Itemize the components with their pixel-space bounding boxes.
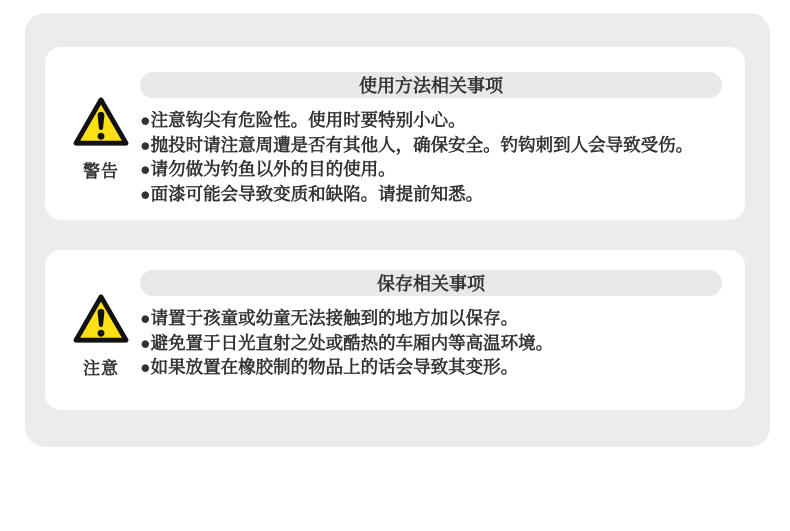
warning-icon-block: 警告 <box>63 96 139 182</box>
storage-section-header-text: 保存相关事项 <box>377 270 485 296</box>
usage-section-header: 使用方法相关事项 <box>140 72 722 98</box>
usage-section-card: 警告 使用方法相关事项 ●注意钩尖有危险性。使用时要特别小心。 ●抛投时请注意周… <box>45 47 745 220</box>
storage-item-list: ●请置于孩童或幼童无法接触到的地方加以保存。 ●避免置于日光直射之处或酷热的车厢… <box>140 306 722 380</box>
notice-panel: 警告 使用方法相关事项 ●注意钩尖有危险性。使用时要特别小心。 ●抛投时请注意周… <box>25 13 770 447</box>
list-item: ●抛投时请注意周遭是否有其他人，确保安全。钓钩刺到人会导致受伤。 <box>140 133 722 158</box>
list-item: ●注意钩尖有危险性。使用时要特别小心。 <box>140 108 722 133</box>
caution-label: 注意 <box>63 354 139 379</box>
list-item: ●请置于孩童或幼童无法接触到的地方加以保存。 <box>140 306 722 331</box>
usage-item-list: ●注意钩尖有危险性。使用时要特别小心。 ●抛投时请注意周遭是否有其他人，确保安全… <box>140 108 722 206</box>
storage-section-card: 注意 保存相关事项 ●请置于孩童或幼童无法接触到的地方加以保存。 ●避免置于日光… <box>45 250 745 410</box>
usage-section-content: 使用方法相关事项 ●注意钩尖有危险性。使用时要特别小心。 ●抛投时请注意周遭是否… <box>140 72 722 206</box>
list-item: ●避免置于日光直射之处或酷热的车厢内等高温环境。 <box>140 331 722 356</box>
storage-section-content: 保存相关事项 ●请置于孩童或幼童无法接触到的地方加以保存。 ●避免置于日光直射之… <box>140 270 722 380</box>
warning-label: 警告 <box>63 157 139 182</box>
warning-triangle-icon <box>72 293 130 345</box>
list-item: ●请勿做为钓鱼以外的目的使用。 <box>140 157 722 182</box>
list-item: ●如果放置在橡胶制的物品上的话会导致其变形。 <box>140 355 722 380</box>
usage-section-header-text: 使用方法相关事项 <box>359 72 503 98</box>
list-item: ●面漆可能会导致变质和缺陷。请提前知悉。 <box>140 182 722 207</box>
warning-triangle-icon <box>72 96 130 148</box>
caution-icon-block: 注意 <box>63 293 139 379</box>
storage-section-header: 保存相关事项 <box>140 270 722 296</box>
notice-page: 警告 使用方法相关事项 ●注意钩尖有危险性。使用时要特别小心。 ●抛投时请注意周… <box>0 0 790 531</box>
